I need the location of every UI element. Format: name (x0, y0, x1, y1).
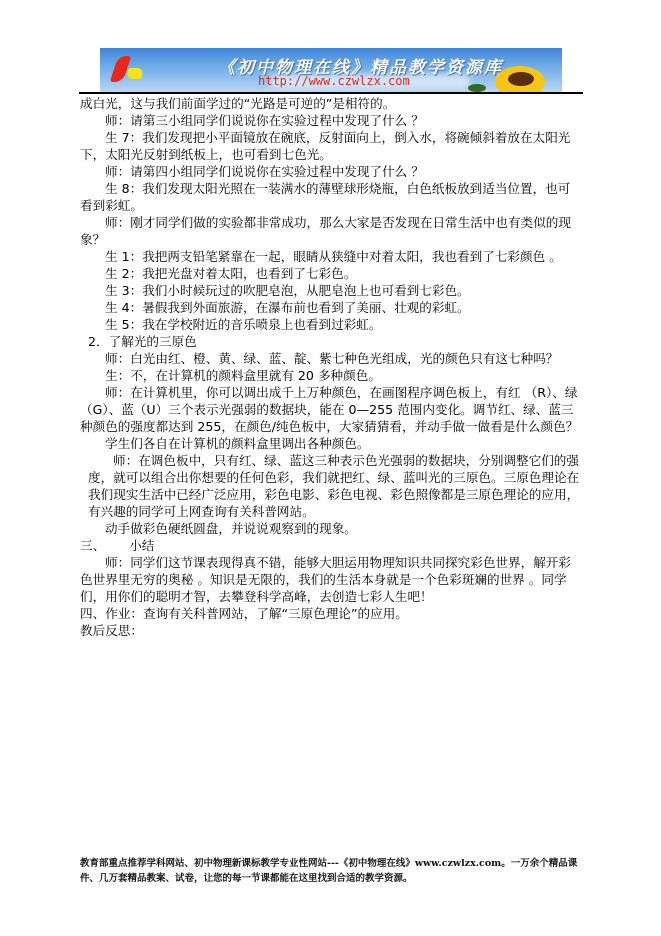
reflection-label: 教后反思： (80, 622, 582, 639)
site-banner: 《初中物理在线》精品教学资源库 http://www.czwlzx.com (100, 48, 562, 92)
paragraph: 动手做彩色硬纸圆盘，并说说观察到的现象。 (80, 520, 582, 537)
paragraph: 师：请第三小组同学们说说你在实验过程中发现了什么 ？ (80, 112, 582, 129)
paragraph: 生 8：我们发现太阳光照在一装满水的薄壁球形烧瓶，白色纸板放到适当位置，也可看到… (80, 180, 582, 214)
paragraph: 师：同学们这节课表现得真不错，能够大胆运用物理知识共同探究彩色世界，解开彩色世界… (80, 554, 582, 605)
sunflower-icon (495, 66, 545, 92)
paragraph: 生 3：我们小时候玩过的吹肥皂泡，从肥皂泡上也可看到七彩色。 (80, 282, 582, 299)
section-heading: 2．了解光的三原色 (80, 333, 582, 350)
leaf-decoration (468, 84, 486, 92)
paragraph: 师：请第四小组同学们说说你在实验过程中发现了什么 ？ (80, 163, 582, 180)
paragraph: 生 7：我们发现把小平面镜放在碗底，反射面向上，倒入水，将碗倾斜着放在太阳光下，… (80, 129, 582, 163)
paragraph: 师：白光由红、橙、黄、绿、蓝、靛、紫七种色光组成，光的颜色只有这七种吗？ (80, 350, 582, 367)
paragraph: 生 1：我把两支铅笔紧靠在一起，眼睛从狭缝中对着太阳，我也看到了七彩颜色 。 (80, 248, 582, 265)
header-divider (79, 92, 583, 94)
paragraph: 师：在调色板中，只有红、绿、蓝这三种表示色光强弱的数据块，分别调整它们的强度，就… (80, 452, 582, 520)
paragraph: 成白光，这与我们前面学过的“光路是可逆的”是相符的。 (80, 95, 582, 112)
logo-accent-icon (125, 68, 145, 79)
homework-line: 四、作业：查询有关科普网站，了解“三原色理论”的应用。 (80, 605, 582, 622)
footer-line-2: 件、几万套精品教案、试卷，让您的每一节课都能在这里找到合适的教学资源。 (80, 871, 588, 886)
page-footer: 教育部重点推荐学科网站、初中物理新课标教学专业性网站---《初中物理在线》www… (80, 856, 588, 886)
paragraph: 生 5：我在学校附近的音乐喷泉上也看到过彩虹。 (80, 316, 582, 333)
paragraph: 师：刚才同学们做的实验都非常成功，那么大家是否发现在日常生活中也有类似的现象？ (80, 214, 582, 248)
paragraph: 学生们各自在计算机的颜料盒里调出各种颜色。 (80, 435, 582, 452)
banner-url: http://www.czwlzx.com (258, 74, 410, 88)
document-body: 成白光，这与我们前面学过的“光路是可逆的”是相符的。 师：请第三小组同学们说说你… (80, 95, 582, 639)
footer-line-1: 教育部重点推荐学科网站、初中物理新课标教学专业性网站---《初中物理在线》www… (80, 856, 588, 871)
paragraph: 生 4：暑假我到外面旅游，在瀑布前也看到了美丽、壮观的彩虹。 (80, 299, 582, 316)
paragraph: 生：不，在计算机的颜料盒里就有 20 多种颜色。 (80, 367, 582, 384)
paragraph: 生 2：我把光盘对着太阳，也看到了七彩色。 (80, 265, 582, 282)
section-heading: 三、 小结 (80, 537, 582, 554)
paragraph: 师：在计算机里，你可以调出成千上万种颜色，在画图程序调色板上，有红 （R）、绿（… (80, 384, 582, 435)
